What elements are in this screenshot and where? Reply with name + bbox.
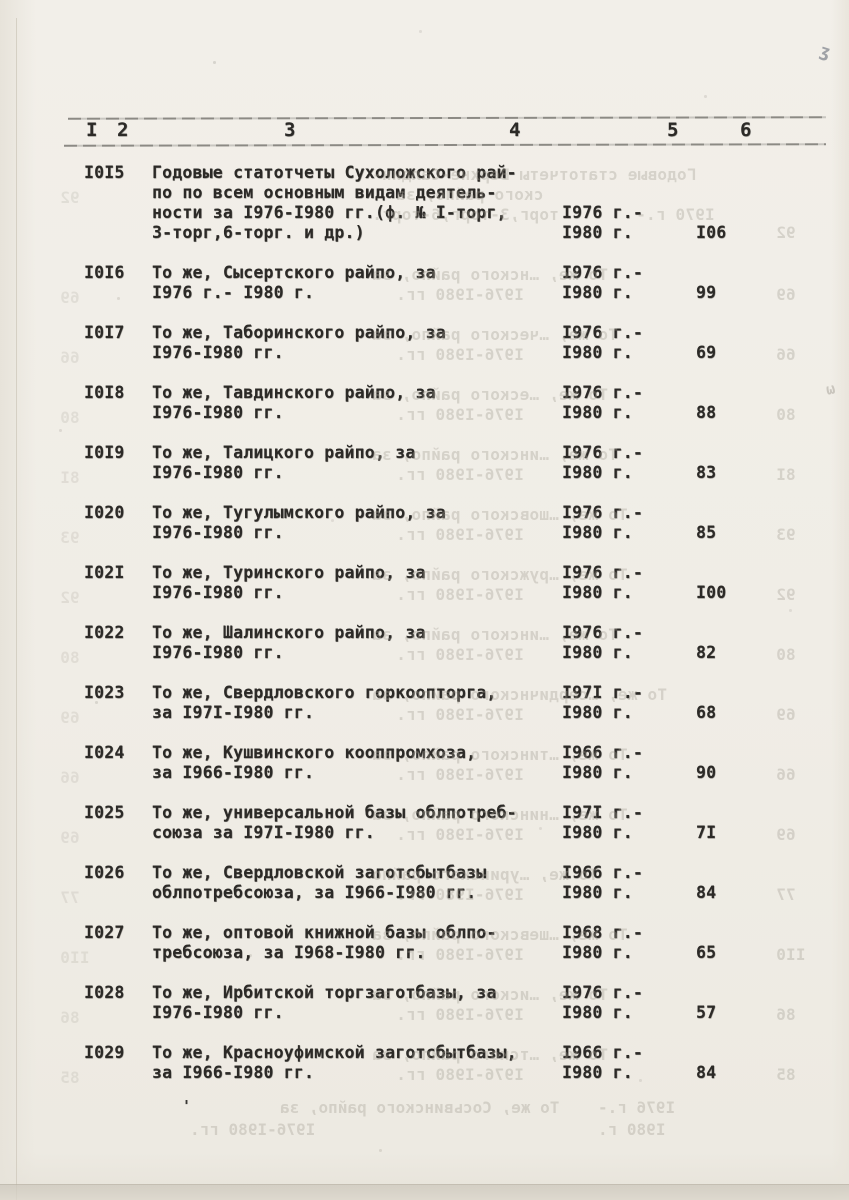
row-dates: I966 г.-I980 г. (562, 743, 666, 783)
row-description-line: То же, Ирбитской торгзаготбазы, за (152, 983, 562, 1003)
row-dates: I976 г.-I980 г. (562, 163, 666, 243)
row-description-line: за I97I-I980 гг. (152, 703, 562, 723)
bleedthrough-text: 80 (60, 408, 80, 428)
row-number: I026 (84, 863, 152, 903)
row-page-count-value: 99 (696, 283, 716, 303)
row-dates: I976 г.-I980 г. (562, 563, 666, 603)
table-row: I02IТо же, Туринского райпо, заI976-I980… (84, 563, 828, 603)
scan-bottom-edge (0, 1184, 849, 1200)
row-date-end: I980 г. (562, 703, 666, 723)
row-number: I020 (84, 503, 152, 543)
row-description: То же, Тугулымского райпо, заI976-I980 г… (152, 503, 562, 543)
row-date-end: I980 г. (562, 943, 666, 963)
row-date-start: I976 г.- (562, 383, 666, 403)
row-description-line: I976 г.- I980 г. (152, 283, 562, 303)
row-description-line: То же, оптовой книжной базы облпо- (152, 923, 562, 943)
row-date-end: I980 г. (562, 223, 666, 243)
row-date-end: I980 г. (562, 523, 666, 543)
row-dates: I97I г.-I980 г. (562, 803, 666, 843)
row-page-count: 84 (666, 1043, 796, 1083)
row-date-start: I97I г.- (562, 803, 666, 823)
bleedthrough-text: 69 (60, 708, 80, 728)
row-description-line: союза за I97I-I980 гг. (152, 823, 562, 843)
row-description: То же, Туринского райпо, заI976-I980 гг. (152, 563, 562, 603)
column-number-6: 6 (740, 119, 752, 141)
row-description: Годовые статотчеты Сухоложского рай-по п… (152, 163, 562, 243)
row-page-count: 99 (666, 263, 796, 303)
row-number: I023 (84, 683, 152, 723)
row-description-line: То же, Туринского райпо, за (152, 563, 562, 583)
row-date-start: I976 г.- (562, 563, 666, 583)
bleedthrough-text: I976-I980 гг. (190, 1120, 315, 1140)
bleedthrough-text: I980 г. (598, 1120, 665, 1140)
row-date-start: I976 г.- (562, 203, 666, 223)
row-dates: I976 г.-I980 г. (562, 503, 666, 543)
bleedthrough-text: 86 (60, 1008, 80, 1028)
row-description-line: То же, Тавдинского райпо, за (152, 383, 562, 403)
row-number: I0I8 (84, 383, 152, 423)
row-dates: I976 г.-I980 г. (562, 323, 666, 363)
table-row: I027То же, оптовой книжной базы облпо-тр… (84, 923, 828, 963)
row-page-count: 57 (666, 983, 796, 1023)
row-description-line: 3-торг,6-торг. и др.) (152, 223, 562, 243)
row-description-line: То же, Сысертского райпо, за (152, 263, 562, 283)
ruler-line-top (68, 116, 826, 120)
row-date-start: I976 г.- (562, 323, 666, 343)
row-date-end: I980 г. (562, 1003, 666, 1023)
row-description-line: То же, Красноуфимской заготсбытбазы, (152, 1043, 562, 1063)
bleedthrough-footer: То же, Сосьвинского райпо, за I976-I980 … (120, 1098, 780, 1148)
bleedthrough-text: 92 (60, 188, 80, 208)
bleedthrough-text: То же, Сосьвинского райпо, за (280, 1098, 559, 1118)
row-number: I02I (84, 563, 152, 603)
row-page-count-value: 68 (696, 703, 716, 723)
row-number: I028 (84, 983, 152, 1023)
row-description-line: I976-I980 гг. (152, 583, 562, 603)
column-number-5: 5 (667, 119, 679, 141)
column-number-3: 3 (284, 119, 296, 141)
row-page-count: 7I (666, 803, 796, 843)
table-row: I020То же, Тугулымского райпо, заI976-I9… (84, 503, 828, 543)
bleedthrough-text: 93 (60, 528, 80, 548)
row-description-line: за I966-I980 гг. (152, 763, 562, 783)
row-description-line: I976-I980 гг. (152, 1003, 562, 1023)
row-dates: I976 г.-I980 г. (562, 983, 666, 1023)
bleedthrough-text: 69 (60, 288, 80, 308)
row-page-count-value: 85 (696, 523, 716, 543)
row-number: I0I9 (84, 443, 152, 483)
row-description: То же, Ирбитской торгзаготбазы, заI976-I… (152, 983, 562, 1023)
table-row: I0I7То же, Таборинского райпо, заI976-I9… (84, 323, 828, 363)
table-row: I0I5Годовые статотчеты Сухоложского рай-… (84, 163, 828, 243)
row-description: То же, Талицкого райпо, заI976-I980 гг. (152, 443, 562, 483)
row-description-line: То же, Свердловского горкоопторга, (152, 683, 562, 703)
row-date-end: I980 г. (562, 343, 666, 363)
row-page-count-value: 84 (696, 1063, 716, 1083)
row-description-line: I976-I980 гг. (152, 403, 562, 423)
row-dates: I968 г.-I980 г. (562, 923, 666, 963)
row-date-start: I976 г.- (562, 983, 666, 1003)
row-description-line: То же, универсальной базы облпотреб- (152, 803, 562, 823)
bleedthrough-text: 66 (60, 768, 80, 788)
row-description: То же, универсальной базы облпотреб-союз… (152, 803, 562, 843)
ruler-line-bottom (64, 143, 826, 147)
row-page-count: 82 (666, 623, 796, 663)
row-page-count: 68 (666, 683, 796, 723)
row-page-count-value: 84 (696, 883, 716, 903)
row-date-end: I980 г. (562, 883, 666, 903)
row-description: То же, Тавдинского райпо, заI976-I980 гг… (152, 383, 562, 423)
row-page-count: 65 (666, 923, 796, 963)
table-row: I023То же, Свердловского горкоопторга,за… (84, 683, 828, 723)
row-description: То же, оптовой книжной базы облпо-требсо… (152, 923, 562, 963)
row-date-start: I976 г.- (562, 263, 666, 283)
bleedthrough-text: 85 (60, 1068, 80, 1088)
row-dates: I976 г.-I980 г. (562, 623, 666, 663)
row-description-line: То же, Кушвинского кооппромхоза, (152, 743, 562, 763)
table-row: I0I6То же, Сысертского райпо, заI976 г.-… (84, 263, 828, 303)
bleedthrough-text: 92 (60, 588, 80, 608)
row-page-count: 83 (666, 443, 796, 483)
pen-mark: ʒ (817, 41, 833, 63)
row-page-count-value: 69 (696, 343, 716, 363)
column-number-4: 4 (509, 119, 521, 141)
row-description-line: I976-I980 гг. (152, 643, 562, 663)
row-description-line: I976-I980 гг. (152, 523, 562, 543)
table-row: I026То же, Свердловской заготсбытбазыобл… (84, 863, 828, 903)
table-row: I025То же, универсальной базы облпотреб-… (84, 803, 828, 843)
row-date-end: I980 г. (562, 583, 666, 603)
row-date-end: I980 г. (562, 1063, 666, 1083)
row-date-start: I976 г.- (562, 623, 666, 643)
table-row: I022То же, Шалинского райпо, заI976-I980… (84, 623, 828, 663)
row-page-count-value: 57 (696, 1003, 716, 1023)
row-description: То же, Свердловского горкоопторга,за I97… (152, 683, 562, 723)
row-number: I027 (84, 923, 152, 963)
row-page-count: 88 (666, 383, 796, 423)
row-page-count: 90 (666, 743, 796, 783)
row-date-end: I980 г. (562, 763, 666, 783)
row-description: То же, Кушвинского кооппромхоза,за I966-… (152, 743, 562, 783)
row-page-count: 85 (666, 503, 796, 543)
row-date-end: I980 г. (562, 403, 666, 423)
table-row: I024То же, Кушвинского кооппромхоза,за I… (84, 743, 828, 783)
row-description-line: за I966-I980 гг. (152, 1063, 562, 1083)
row-dates: I966 г.-I980 г. (562, 863, 666, 903)
row-number: I0I7 (84, 323, 152, 363)
table-row: I0I9То же, Талицкого райпо, заI976-I980 … (84, 443, 828, 483)
row-date-start: I976 г.- (562, 503, 666, 523)
row-page-count: I06 (666, 163, 796, 243)
row-page-count: 69 (666, 323, 796, 363)
row-description-line: ности за I976-I980 гг.(ф. № I-торг, (152, 203, 562, 223)
row-page-count-value: 88 (696, 403, 716, 423)
row-date-end: I980 г. (562, 643, 666, 663)
row-description-line: То же, Свердловской заготсбытбазы (152, 863, 562, 883)
row-dates: I976 г.-I980 г. (562, 443, 666, 483)
row-dates: I976 г.-I980 г. (562, 263, 666, 303)
row-description-line: требсоюза, за I968-I980 гг. (152, 943, 562, 963)
row-date-end: I980 г. (562, 823, 666, 843)
row-date-start: I97I г.- (562, 683, 666, 703)
row-date-start: I966 г.- (562, 863, 666, 883)
row-description-line: I976-I980 гг. (152, 463, 562, 483)
row-page-count-value: I06 (696, 223, 726, 243)
table-row: I028То же, Ирбитской торгзаготбазы, заI9… (84, 983, 828, 1023)
row-date-start: I966 г.- (562, 1043, 666, 1063)
paper-specks (0, 0, 1, 1)
row-page-count: I00 (666, 563, 796, 603)
row-date-start: I968 г.- (562, 923, 666, 943)
bleedthrough-text: 8I (60, 468, 80, 488)
row-dates: I97I г.-I980 г. (562, 683, 666, 723)
row-date-end: I980 г. (562, 283, 666, 303)
row-page-count-value: 90 (696, 763, 716, 783)
row-description: То же, Шалинского райпо, заI976-I980 гг. (152, 623, 562, 663)
row-page-count-value: 65 (696, 943, 716, 963)
row-date-end: I980 г. (562, 463, 666, 483)
scanned-page: I 2 3 4 5 6 I0I5Годовые статотчеты Сухол… (0, 0, 849, 1200)
row-number: I0I5 (84, 163, 152, 243)
row-description-line: То же, Шалинского райпо, за (152, 623, 562, 643)
row-dates: I966 г.-I980 г. (562, 1043, 666, 1083)
row-description-line: Годовые статотчеты Сухоложского рай- (152, 163, 562, 183)
row-number: I024 (84, 743, 152, 783)
row-dates: I976 г.-I980 г. (562, 383, 666, 423)
row-number: I025 (84, 803, 152, 843)
bleedthrough-text: 66 (60, 348, 80, 368)
table-row: I029То же, Красноуфимской заготсбытбазы,… (84, 1043, 828, 1083)
scan-left-edge (16, 18, 17, 1200)
row-description: То же, Красноуфимской заготсбытбазы,за I… (152, 1043, 562, 1083)
row-page-count-value: 83 (696, 463, 716, 483)
row-date-start: I976 г.- (562, 443, 666, 463)
row-page-count-value: 82 (696, 643, 716, 663)
column-number-2: 2 (117, 119, 129, 141)
row-description-line: I976-I980 гг. (152, 343, 562, 363)
row-number: I0I6 (84, 263, 152, 303)
row-description-line: То же, Тугулымского райпо, за (152, 503, 562, 523)
row-description-line: То же, Таборинского райпо, за (152, 323, 562, 343)
row-number: I029 (84, 1043, 152, 1083)
row-page-count-value: 7I (696, 823, 716, 843)
bleedthrough-text: 77 (60, 888, 80, 908)
row-page-count-value: I00 (696, 583, 726, 603)
column-number-1: I (86, 119, 98, 141)
inventory-rows: I0I5Годовые статотчеты Сухоложского рай-… (84, 163, 828, 1103)
row-description: То же, Таборинского райпо, заI976-I980 г… (152, 323, 562, 363)
row-description-line: облпотребсоюза, за I966-I980 гг. (152, 883, 562, 903)
bleedthrough-text: 80 (60, 648, 80, 668)
row-description: То же, Свердловской заготсбытбазыоблпотр… (152, 863, 562, 903)
bleedthrough-text: I976 г.- (598, 1098, 675, 1118)
row-page-count: 84 (666, 863, 796, 903)
row-description-line: То же, Талицкого райпо, за (152, 443, 562, 463)
row-description-line: по по всем основным видам деятель- (152, 183, 562, 203)
table-row: I0I8То же, Тавдинского райпо, заI976-I98… (84, 383, 828, 423)
row-date-start: I966 г.- (562, 743, 666, 763)
bleedthrough-text: 69 (60, 828, 80, 848)
row-description: То же, Сысертского райпо, заI976 г.- I98… (152, 263, 562, 303)
row-number: I022 (84, 623, 152, 663)
